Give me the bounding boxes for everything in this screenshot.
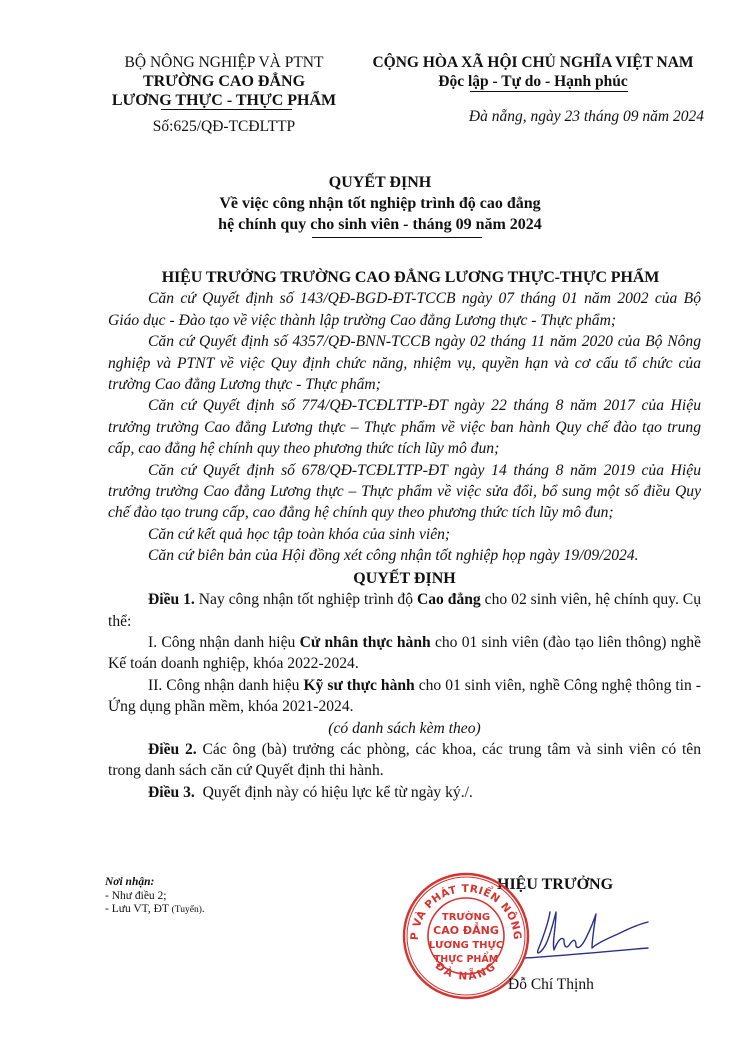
recipients-title: Nơi nhận:: [105, 876, 325, 890]
recipient-item-note: (Tuyển): [172, 905, 202, 915]
title-subject-line2: hệ chính quy cho sinh viên - tháng 09 nă…: [218, 214, 542, 235]
article-1-item-i: I. Công nhận danh hiệu Cử nhân thực hành…: [108, 632, 701, 675]
recipient-item: - Lưu VT, ĐT (Tuyển).: [105, 903, 325, 918]
motto-underline: [470, 91, 627, 92]
document-title: QUYẾT ĐỊNH Về việc công nhận tốt nghiệp …: [100, 172, 660, 235]
school-name-line1: TRƯỜNG CAO ĐẲNG: [90, 72, 358, 91]
legal-basis-item: Căn cứ Quyết định số 774/QĐ-TCĐLTTP-ĐT n…: [108, 395, 701, 459]
svg-text:TRƯỜNG: TRƯỜNG: [442, 910, 490, 923]
title-subject-line2-text: hệ chính quy cho sinh viên - tháng 09 nă…: [218, 216, 542, 233]
article-1-label: Điều 1.: [148, 591, 195, 608]
document-number: Số:625/QĐ-TCĐLTTP: [90, 117, 358, 136]
legal-basis-item: Căn cứ kết quả học tập toàn khóa của sin…: [108, 524, 701, 545]
document-body: HIỆU TRƯỞNG TRƯỜNG CAO ĐẲNG LƯƠNG THỰC-T…: [108, 267, 701, 803]
title-underline: [312, 237, 482, 238]
school-name-line2: LƯƠNG THỰC - THỰC PHẨM: [112, 91, 336, 110]
recipients-block: Nơi nhận: - Như điều 2; - Lưu VT, ĐT (Tu…: [105, 876, 325, 918]
issuing-authority: HIỆU TRƯỞNG TRƯỜNG CAO ĐẲNG LƯƠNG THỰC-T…: [120, 267, 701, 288]
ministry-name: BỘ NÔNG NGHIỆP VÀ PTNT: [90, 53, 358, 72]
svg-text:LƯƠNG THỰC: LƯƠNG THỰC: [429, 940, 503, 951]
article-3-label: Điều 3.: [148, 784, 195, 801]
item-ii-text-a: II. Công nhận danh hiệu: [148, 677, 303, 694]
article-3: Điều 3. Quyết định này có hiệu lực kể từ…: [108, 782, 701, 803]
decision-heading: QUYẾT ĐỊNH: [108, 568, 701, 589]
issue-date: Đà nẵng, ngày 23 tháng 09 năm 2024: [352, 108, 704, 126]
legal-basis-item: Căn cứ Quyết định số 4357/QĐ-BNN-TCCB ng…: [108, 331, 701, 395]
articles: Điều 1. Nay công nhận tốt nghiệp trình đ…: [108, 589, 701, 803]
legal-basis-item: Căn cứ Quyết định số 143/QĐ-BGD-ĐT-TCCB …: [108, 288, 701, 331]
article-2-label: Điều 2.: [148, 741, 197, 758]
nation-name: CỘNG HÒA XÃ HỘI CHỦ NGHĨA VIỆT NAM: [352, 53, 714, 72]
legal-basis-item: Căn cứ biên bản của Hội đồng xét công nh…: [108, 545, 701, 566]
recipient-item-end: .: [202, 903, 205, 915]
title-main: QUYẾT ĐỊNH: [100, 172, 660, 193]
issuer-header: BỘ NÔNG NGHIỆP VÀ PTNT TRƯỜNG CAO ĐẲNG L…: [90, 53, 358, 136]
header-underline: [161, 109, 292, 110]
school-name-line2-text: LƯƠNG THỰC - THỰC PHẨM: [112, 92, 336, 109]
svg-text:THỰC PHẨM: THỰC PHẨM: [434, 952, 498, 965]
article-1-item-ii: II. Công nhận danh hiệu Kỹ sư thực hành …: [108, 675, 701, 718]
national-motto-text: Độc lập - Tự do - Hạnh phúc: [438, 73, 627, 90]
article-1-text-a: Nay công nhận tốt nghiệp trình độ: [195, 591, 417, 608]
national-header: CỘNG HÒA XÃ HỘI CHỦ NGHĨA VIỆT NAM Độc l…: [352, 53, 714, 91]
handwritten-signature: [520, 900, 650, 970]
item-i-bold: Cử nhân thực hành: [300, 634, 431, 651]
article-1-bold: Cao đẳng: [417, 591, 481, 608]
signer-name: Đỗ Chí Thịnh: [508, 976, 594, 994]
article-1: Điều 1. Nay công nhận tốt nghiệp trình đ…: [108, 589, 701, 632]
recipient-item: - Như điều 2;: [105, 890, 325, 904]
article-2: Điều 2. Các ông (bà) trưởng các phòng, c…: [108, 739, 701, 782]
legal-basis-item: Căn cứ Quyết định số 678/QĐ-TCĐLTTP-ĐT n…: [108, 460, 701, 524]
item-i-text-a: I. Công nhận danh hiệu: [148, 634, 300, 651]
title-subject-line1: Về việc công nhận tốt nghiệp trình độ ca…: [100, 193, 660, 214]
attached-list-note: (có danh sách kèm theo): [108, 718, 701, 739]
national-motto: Độc lập - Tự do - Hạnh phúc: [438, 72, 627, 91]
svg-text:CAO ĐẲNG: CAO ĐẲNG: [433, 922, 499, 937]
item-ii-bold: Kỹ sư thực hành: [303, 677, 414, 694]
article-3-text: Quyết định này có hiệu lực kể từ ngày ký…: [195, 784, 473, 801]
recipient-item-text: - Lưu VT, ĐT: [105, 903, 172, 915]
legal-basis-list: Căn cứ Quyết định số 143/QĐ-BGD-ĐT-TCCB …: [108, 288, 701, 566]
article-2-text: Các ông (bà) trưởng các phòng, các khoa,…: [108, 741, 701, 779]
